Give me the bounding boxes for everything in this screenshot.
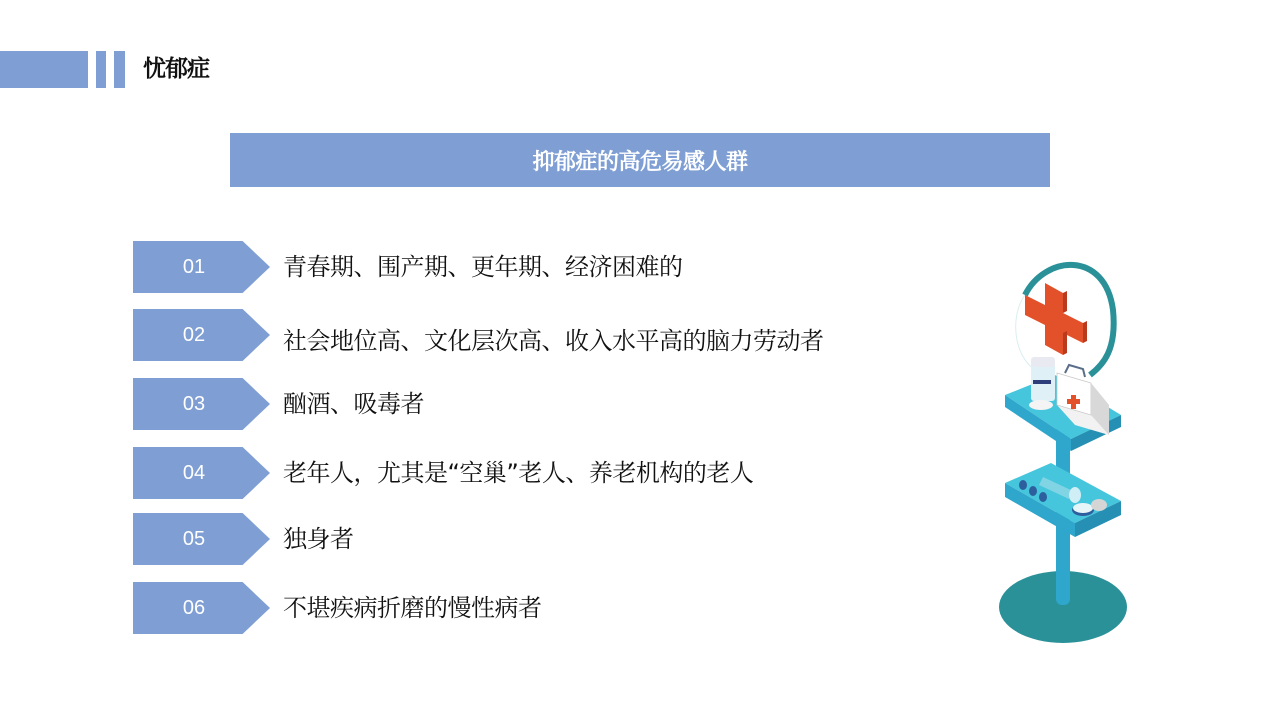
badge-number: 04 <box>133 447 255 499</box>
list-item: 04 老年人，尤其是“空巢”老人、养老机构的老人 <box>133 447 933 499</box>
list-item: 06 不堪疾病折磨的慢性病者 <box>133 582 933 634</box>
page-title: 忧郁症 <box>143 54 209 84</box>
section-banner: 抑郁症的高危易感人群 <box>230 133 1050 187</box>
header-decor-bar-1 <box>0 51 88 88</box>
badge-number: 01 <box>133 241 255 293</box>
list-item: 01 青春期、围产期、更年期、经济困难的 <box>133 241 933 293</box>
badge-number: 05 <box>133 513 255 565</box>
item-text: 酗酒、吸毒者 <box>283 378 424 430</box>
item-text: 社会地位高、文化层次高、收入水平高的脑力劳动者 <box>283 315 824 367</box>
badge-number: 02 <box>133 309 255 361</box>
header-decor-bar-2 <box>96 51 106 88</box>
banner-title: 抑郁症的高危易感人群 <box>532 145 747 176</box>
badge-number: 06 <box>133 582 255 634</box>
header-decor-bar-3 <box>114 51 125 88</box>
item-text: 独身者 <box>283 513 354 565</box>
item-text: 老年人，尤其是“空巢”老人、养老机构的老人 <box>283 447 753 499</box>
item-text: 青春期、围产期、更年期、经济困难的 <box>283 241 683 293</box>
list-item: 03 酗酒、吸毒者 <box>133 378 933 430</box>
list-item: 02 社会地位高、文化层次高、收入水平高的脑力劳动者 <box>133 309 933 361</box>
list-item: 05 独身者 <box>133 513 933 565</box>
badge-number: 03 <box>133 378 255 430</box>
item-text: 不堪疾病折磨的慢性病者 <box>283 582 542 634</box>
medical-stand-illustration-icon <box>995 255 1135 650</box>
